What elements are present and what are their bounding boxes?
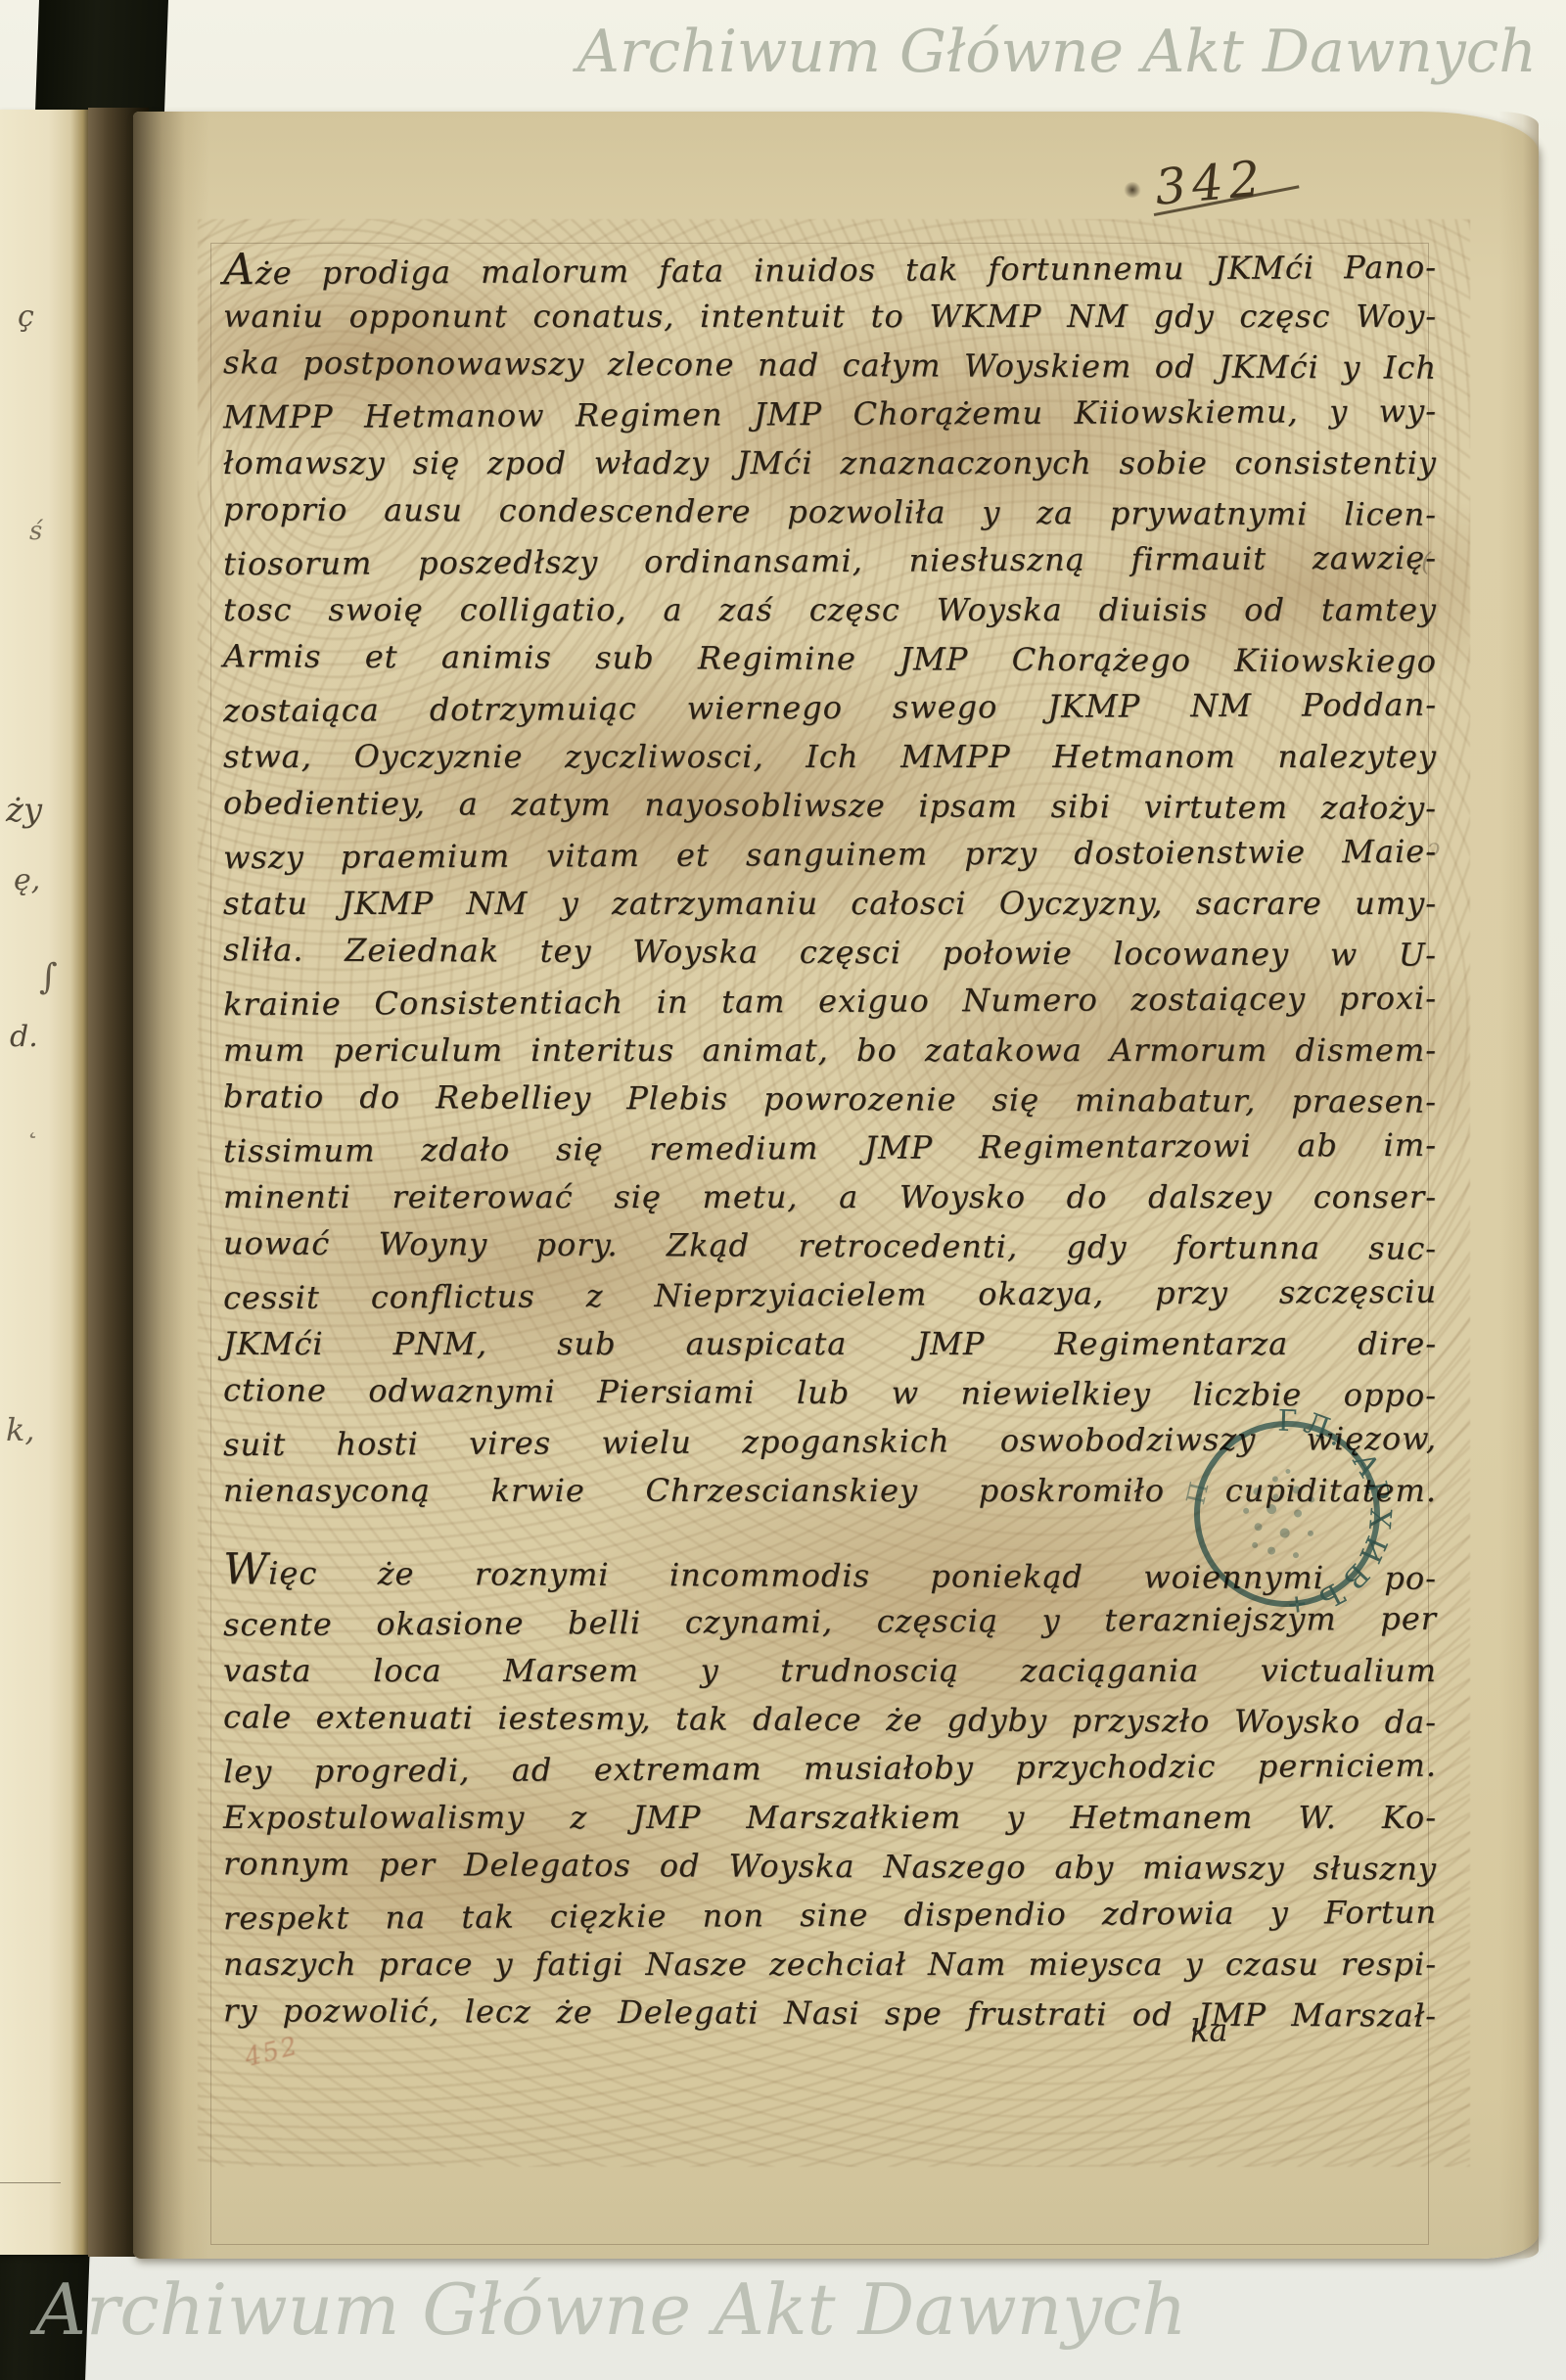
- stamp-mark: ✛: [1286, 1589, 1309, 1617]
- manuscript-line: bratio do Rebelliey Plebis powrozenie si…: [223, 1072, 1437, 1125]
- catchword: ka: [1189, 2011, 1228, 2049]
- manuscript-line: łomawszy się zpod władzy JMći znaznaczon…: [223, 438, 1437, 487]
- ink-fragment: ɔ: [1427, 834, 1440, 861]
- manuscript-line: zostaiąca dotrzymuiąc wiernego swego JKM…: [223, 680, 1437, 735]
- archive-stamp: ГЛ. АРХИВЪ ✛ П: [1169, 1396, 1405, 1632]
- manuscript-line: MMPP Hetmanow Regimen JMP Chorążemu Kiio…: [223, 387, 1437, 441]
- manuscript-line: tiosorum poszedłszy ordinansami, niesłus…: [223, 533, 1437, 588]
- manuscript-line: mum periculum interitus animat, bo zatak…: [223, 1026, 1437, 1075]
- scanned-document-viewport: { "archive_watermark": { "top": "Archiwu…: [0, 0, 1566, 2380]
- ink-fragment: ç: [18, 299, 34, 334]
- manuscript-line: uować Woyny pory. Zkąd retrocedenti, gdy…: [223, 1218, 1437, 1272]
- manuscript-line: respekt na tak cięzkie non sine dispendi…: [223, 1888, 1437, 1943]
- stamp-eagle-speckle: [1238, 1466, 1322, 1565]
- manuscript-line: sliła. Zeiednak tey Woyska częsci połowi…: [223, 925, 1437, 979]
- manuscript-line: ctione odwaznymi Piersiami lub w niewiel…: [223, 1365, 1437, 1419]
- ink-fragment: ży: [6, 791, 42, 830]
- watermark-top: Archiwum Główne Akt Dawnych: [577, 18, 1537, 86]
- manuscript-line: ley progredi, ad extremam musiałoby przy…: [223, 1741, 1437, 1796]
- ink-fragment: d.: [10, 1020, 38, 1054]
- manuscript-line: cessit conflictus z Nieprzyiacielem okaz…: [223, 1267, 1437, 1322]
- manuscript-line: tissimum zdało się remedium JMP Regiment…: [223, 1121, 1437, 1175]
- manuscript-line: stwa, Oyczyznie zyczliwosci, Ich MMPP He…: [223, 732, 1437, 781]
- facing-page-edge: [0, 110, 88, 2255]
- ink-fragment: (: [1421, 548, 1431, 577]
- ink-fragment: ę,: [14, 863, 40, 897]
- manuscript-line: ry pozwolić, lecz że Delegati Nasi spe f…: [223, 1986, 1437, 2039]
- folio-number: 342: [1153, 150, 1268, 216]
- manuscript-line: krainie Consistentiach in tam exiguo Num…: [223, 974, 1437, 1029]
- manuscript-line: Armis et animis sub Regimine JMP Chorąże…: [223, 631, 1437, 685]
- manuscript-page: 342 Aże prodiga malorum fata inuidos tak…: [133, 112, 1539, 2259]
- manuscript-line: obedientiey, a zatym nayosobliwsze ipsam…: [223, 778, 1437, 832]
- manuscript-line: naszych prace y fatigi Nasze zechciał Na…: [223, 1940, 1437, 1989]
- manuscript-line: proprio ausu condescendere pozwoliła y z…: [223, 484, 1437, 538]
- page-right-edge: [1499, 112, 1539, 2259]
- manuscript-line: statu JKMP NM y zatrzymaniu całosci Oycz…: [223, 879, 1437, 928]
- manuscript-line: minenti reiterować się metu, a Woysko do…: [223, 1172, 1437, 1221]
- ink-blot: [1124, 182, 1141, 198]
- manuscript-line: wszy praemium vitam et sanguinem przy do…: [223, 827, 1437, 882]
- ink-fragment: ˛: [25, 1106, 40, 1140]
- manuscript-line: waniu opponunt conatus, intentuit to WKM…: [223, 292, 1437, 341]
- manuscript-line: ska postponowawszy zlecone nad całym Woy…: [223, 338, 1437, 391]
- ink-fragment: ś: [29, 517, 42, 546]
- manuscript-line: ronnym per Delegatos od Woyska Naszego a…: [223, 1839, 1437, 1893]
- manuscript-line: Expostulowalismy z JMP Marszałkiem y Het…: [223, 1793, 1437, 1842]
- manuscript-line: cale extenuati iestesmy, tak dalece że g…: [223, 1692, 1437, 1746]
- watermark-bottom: Archiwum Główne Akt Dawnych: [35, 2268, 1186, 2351]
- manuscript-line: vasta loca Marsem y trudnoscią zaciągani…: [223, 1646, 1437, 1695]
- manuscript-line: JKMći PNM, sub auspicata JMP Regimentarz…: [223, 1319, 1437, 1368]
- manuscript-text-block: Aże prodiga malorum fata inuidos tak for…: [223, 243, 1437, 2037]
- manuscript-line: tosc swoię colligatio, a zaś częsc Woysk…: [223, 585, 1437, 634]
- svg-text:✛: ✛: [1286, 1589, 1309, 1617]
- manuscript-line: Aże prodiga malorum fata inuidos tak for…: [223, 240, 1437, 295]
- ink-fragment: ∫: [39, 957, 58, 997]
- ink-fragment: k,: [6, 1411, 35, 1448]
- facing-page-frame-line: [0, 2182, 61, 2183]
